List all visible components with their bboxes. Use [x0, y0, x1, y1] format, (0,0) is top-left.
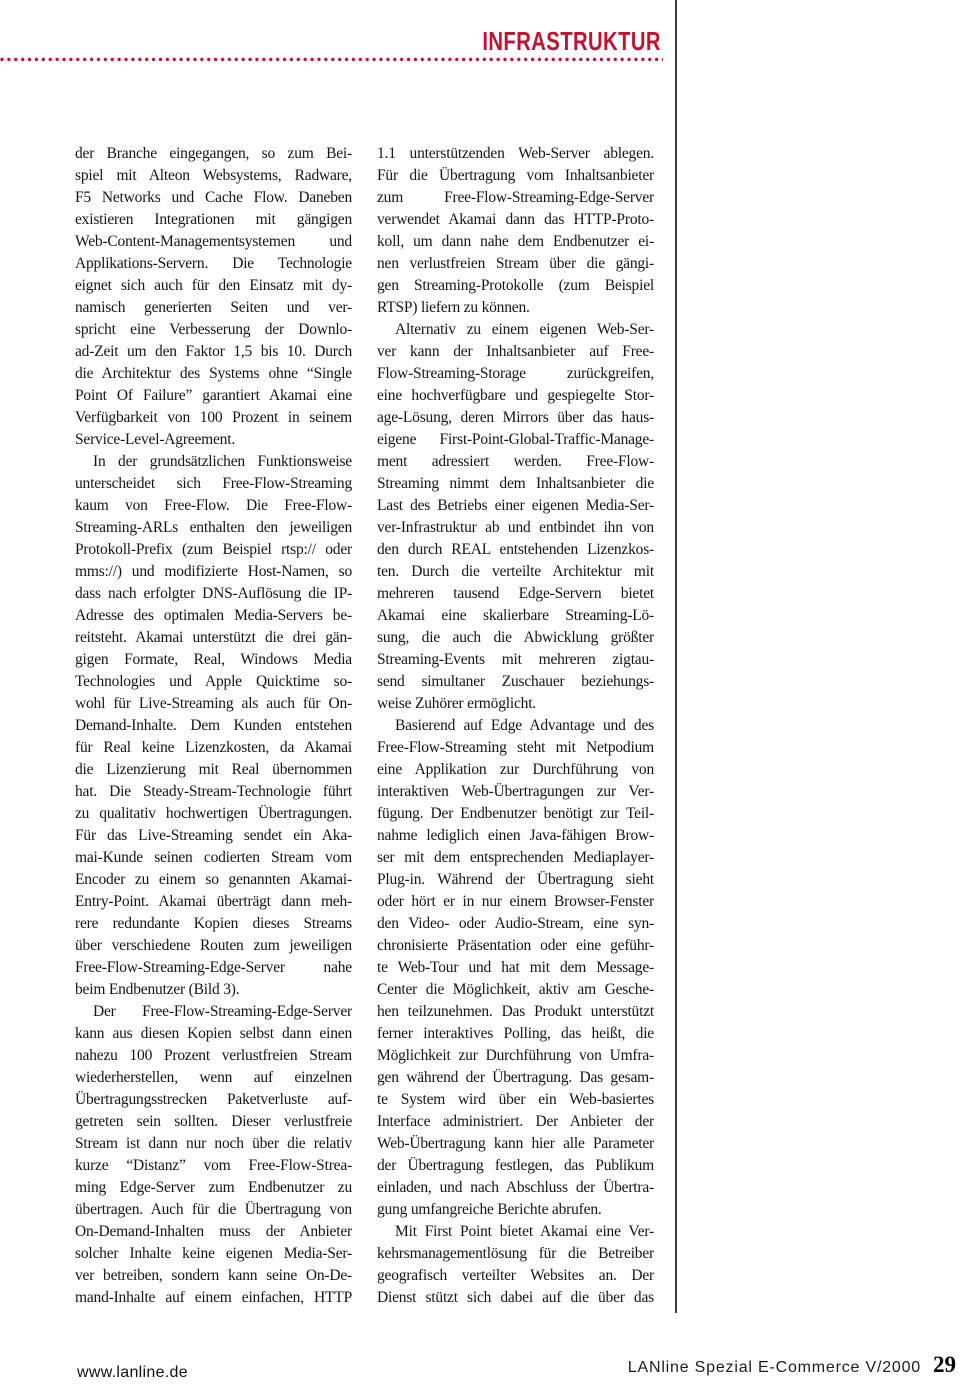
text-line: solcher Inhalte keine eigenen Media-Ser- — [75, 1243, 352, 1265]
text-line: getreten sein sollten. Dieser verlustfre… — [75, 1111, 352, 1133]
text-line: Übertragungsstrecken Paketverluste auf- — [75, 1089, 352, 1111]
text-line: kaum von Free-Flow. Die Free-Flow- — [75, 495, 352, 517]
text-line: zu qualitativ hochwertigen Übertragungen… — [75, 803, 352, 825]
text-line: Für die Übertragung vom Inhaltsanbieter — [377, 165, 654, 187]
text-line: nahme lediglich einen Java-fähigen Brow- — [377, 825, 654, 847]
section-label: INFRASTRUKTUR — [432, 27, 661, 55]
text-line: Free-Flow-Streaming steht mit Netpodium — [377, 737, 654, 759]
text-line: Adresse des optimalen Media-Servers be- — [75, 605, 352, 627]
text-line: reitsteht. Akamai unterstützt die drei g… — [75, 627, 352, 649]
text-line: für Real keine Lizenzkosten, da Akamai — [75, 737, 352, 759]
text-line: 1.1 unterstützenden Web-Server ablegen. — [377, 143, 654, 165]
text-line: eine hochverfügbare und gespiegelte Stor… — [377, 385, 654, 407]
text-line: ming Edge-Server zum Endbenutzer zu — [75, 1177, 352, 1199]
text-line: te Web-Tour und hat mit dem Message- — [377, 957, 654, 979]
footer-right: LANline Spezial E-Commerce V/2000 29 — [628, 1352, 956, 1378]
text-line: Basierend auf Edge Advantage und des — [377, 715, 654, 737]
text-line: spiel mit Alteon Websystems, Radware, — [75, 165, 352, 187]
text-line: Für das Live-Streaming sendet ein Aka- — [75, 825, 352, 847]
text-line: Applikations-Servern. Die Technologie — [75, 253, 352, 275]
text-line: koll, um dann nahe dem Endbenutzer ei- — [377, 231, 654, 253]
text-line: unterscheidet sich Free-Flow-Streaming — [75, 473, 352, 495]
footer-site-url: www.lanline.de — [77, 1364, 188, 1382]
text-line: ver betreiben, sondern kann seine On-De- — [75, 1265, 352, 1287]
text-line: Entry-Point. Akamai überträgt dann meh- — [75, 891, 352, 913]
text-line: Point Of Failure” garantiert Akamai eine — [75, 385, 352, 407]
text-line: einladen, und nach Abschluss der Übertra… — [377, 1177, 654, 1199]
text-line: eignet sich auch für den Einsatz mit dy- — [75, 275, 352, 297]
text-line: Last des Betriebs einer eigenen Media-Se… — [377, 495, 654, 517]
text-line: ver-Infrastruktur ab und entbindet ihn v… — [377, 517, 654, 539]
text-line: te System wird über ein Web-basiertes — [377, 1089, 654, 1111]
text-line: On-Demand-Inhalten muss der Anbieter — [75, 1221, 352, 1243]
text-line: gen während der Übertragung. Das gesam- — [377, 1067, 654, 1089]
text-line: Center die Möglichkeit, aktiv am Gesche- — [377, 979, 654, 1001]
text-line: nahezu 100 Prozent verlustfreien Stream — [75, 1045, 352, 1067]
text-line: ten. Durch die verteilte Architektur mit — [377, 561, 654, 583]
text-line: den durch REAL entstehenden Lizenzkos- — [377, 539, 654, 561]
text-line: beim Endbenutzer (Bild 3). — [75, 979, 352, 1001]
text-line: Demand-Inhalte. Dem Kunden entstehen — [75, 715, 352, 737]
text-line: namisch generierten Seiten und ver- — [75, 297, 352, 319]
text-line: existieren Integrationen mit gängigen — [75, 209, 352, 231]
text-line: gen Streaming-Protokolle (zum Beispiel — [377, 275, 654, 297]
text-line: verwendet Akamai dann das HTTP-Proto- — [377, 209, 654, 231]
section-label-text: INFRASTRUKTUR — [482, 27, 661, 55]
text-line: fügung. Der Endbenutzer benötigt zur Tei… — [377, 803, 654, 825]
text-line: Der Free-Flow-Streaming-Edge-Server — [75, 1001, 352, 1023]
text-line: über verschiedene Routen zum jeweiligen — [75, 935, 352, 957]
text-line: Streaming-Events mit mehreren zigtau- — [377, 649, 654, 671]
text-line: der Branche eingegangen, so zum Bei- — [75, 143, 352, 165]
text-line: Flow-Streaming-Storage zurückgreifen, — [377, 363, 654, 385]
text-line: die Architektur des Systems ohne “Single — [75, 363, 352, 385]
text-line: eigene First-Point-Global-Traffic-Manage… — [377, 429, 654, 451]
text-line: ad-Zeit um den Faktor 1,5 bis 10. Durch — [75, 341, 352, 363]
text-line: ser mit dem entsprechenden Mediaplayer- — [377, 847, 654, 869]
text-line: ferner interaktives Polling, das heißt, … — [377, 1023, 654, 1045]
text-line: mand-Inhalte auf einem einfachen, HTTP — [75, 1287, 352, 1309]
text-line: kehrsmanagementlösung für die Betreiber — [377, 1243, 654, 1265]
text-line: den Video- oder Audio-Stream, eine syn- — [377, 913, 654, 935]
text-line: mehreren tausend Edge-Servern bietet — [377, 583, 654, 605]
text-line: weise Zuhörer ermöglicht. — [377, 693, 654, 715]
text-line: hen teilzunehmen. Das Produkt unterstütz… — [377, 1001, 654, 1023]
text-line: Interface administriert. Der Anbieter de… — [377, 1111, 654, 1133]
text-line: interaktiven Web-Übertragungen zur Ver- — [377, 781, 654, 803]
text-line: Web-Übertragung kann hier alle Parameter — [377, 1133, 654, 1155]
text-line: Service-Level-Agreement. — [75, 429, 352, 451]
text-line: Alternativ zu einem eigenen Web-Ser- — [377, 319, 654, 341]
footer-journal-label: LANline Spezial E-Commerce V/2000 — [628, 1359, 921, 1377]
text-line: wohl für Live-Streaming als auch für On- — [75, 693, 352, 715]
text-line: Web-Content-Managementsystemen und — [75, 231, 352, 253]
article-column-left: der Branche eingegangen, so zum Bei-spie… — [75, 143, 352, 1309]
text-line: nen verlustfreien Stream über die gängi- — [377, 253, 654, 275]
text-line: ver kann der Inhaltsanbieter auf Free- — [377, 341, 654, 363]
text-line: Möglichkeit zur Durchführung von Umfra- — [377, 1045, 654, 1067]
text-line: kann aus diesen Kopien selbst dann einen — [75, 1023, 352, 1045]
text-line: dass nach erfolgter DNS-Auflösung die IP… — [75, 583, 352, 605]
text-line: RTSP) liefern zu können. — [377, 297, 654, 319]
text-line: Streaming nimmt dem Inhaltsanbieter die — [377, 473, 654, 495]
text-line: geografisch verteilter Websites an. Der — [377, 1265, 654, 1287]
text-line: mai-Kunde seinen codierten Stream vom — [75, 847, 352, 869]
text-line: Stream ist dann nur noch über die relati… — [75, 1133, 352, 1155]
text-line: chronisierte Präsentation oder eine gefü… — [377, 935, 654, 957]
text-line: send simultaner Zuschauer beziehungs- — [377, 671, 654, 693]
text-line: Plug-in. Während der Übertragung sieht — [377, 869, 654, 891]
text-line: gung umfangreiche Berichte abrufen. — [377, 1199, 654, 1221]
dotted-rule — [0, 57, 663, 62]
text-line: mms://) und modifizierte Host-Namen, so — [75, 561, 352, 583]
text-line: zum Free-Flow-Streaming-Edge-Server — [377, 187, 654, 209]
text-line: spricht eine Verbesserung der Downlo- — [75, 319, 352, 341]
text-line: F5 Networks und Cache Flow. Daneben — [75, 187, 352, 209]
text-line: sung, die auch die Abwicklung größter — [377, 627, 654, 649]
text-line: die Lizenzierung mit Real übernommen — [75, 759, 352, 781]
text-line: age-Lösung, deren Mirrors über das haus- — [377, 407, 654, 429]
text-line: Akamai eine skalierbare Streaming-Lö- — [377, 605, 654, 627]
text-line: Free-Flow-Streaming-Edge-Server nahe — [75, 957, 352, 979]
text-line: rere redundante Kopien dieses Streams — [75, 913, 352, 935]
text-line: gigen Formate, Real, Windows Media — [75, 649, 352, 671]
text-line: hat. Die Steady-Stream-Technologie führt — [75, 781, 352, 803]
text-line: ment adressiert werden. Free-Flow- — [377, 451, 654, 473]
text-line: Streaming-ARLs enthalten den jeweiligen — [75, 517, 352, 539]
text-line: der Übertragung festlegen, das Publikum — [377, 1155, 654, 1177]
text-line: In der grundsätzlichen Funktionsweise — [75, 451, 352, 473]
text-line: eine Applikation zur Durchführung von — [377, 759, 654, 781]
text-line: Technologies und Apple Quicktime so- — [75, 671, 352, 693]
text-line: übertragen. Auch für die Übertragung von — [75, 1199, 352, 1221]
text-line: Protokoll-Prefix (zum Beispiel rtsp:// o… — [75, 539, 352, 561]
text-line: Mit First Point bietet Akamai eine Ver- — [377, 1221, 654, 1243]
column-divider-rule — [675, 0, 677, 1313]
footer-page-number: 29 — [933, 1352, 956, 1378]
text-line: Encoder zu einem so genannten Akamai- — [75, 869, 352, 891]
text-line: Dienst stützt sich dabei auf die über da… — [377, 1287, 654, 1309]
text-line: Verfügbarkeit von 100 Prozent in seinem — [75, 407, 352, 429]
text-line: kurze “Distanz” vom Free-Flow-Strea- — [75, 1155, 352, 1177]
text-line: oder hört er in nur einem Browser-Fenste… — [377, 891, 654, 913]
article-column-right: 1.1 unterstützenden Web-Server ablegen.F… — [377, 143, 654, 1309]
text-line: wiederherstellen, wenn auf einzelnen — [75, 1067, 352, 1089]
